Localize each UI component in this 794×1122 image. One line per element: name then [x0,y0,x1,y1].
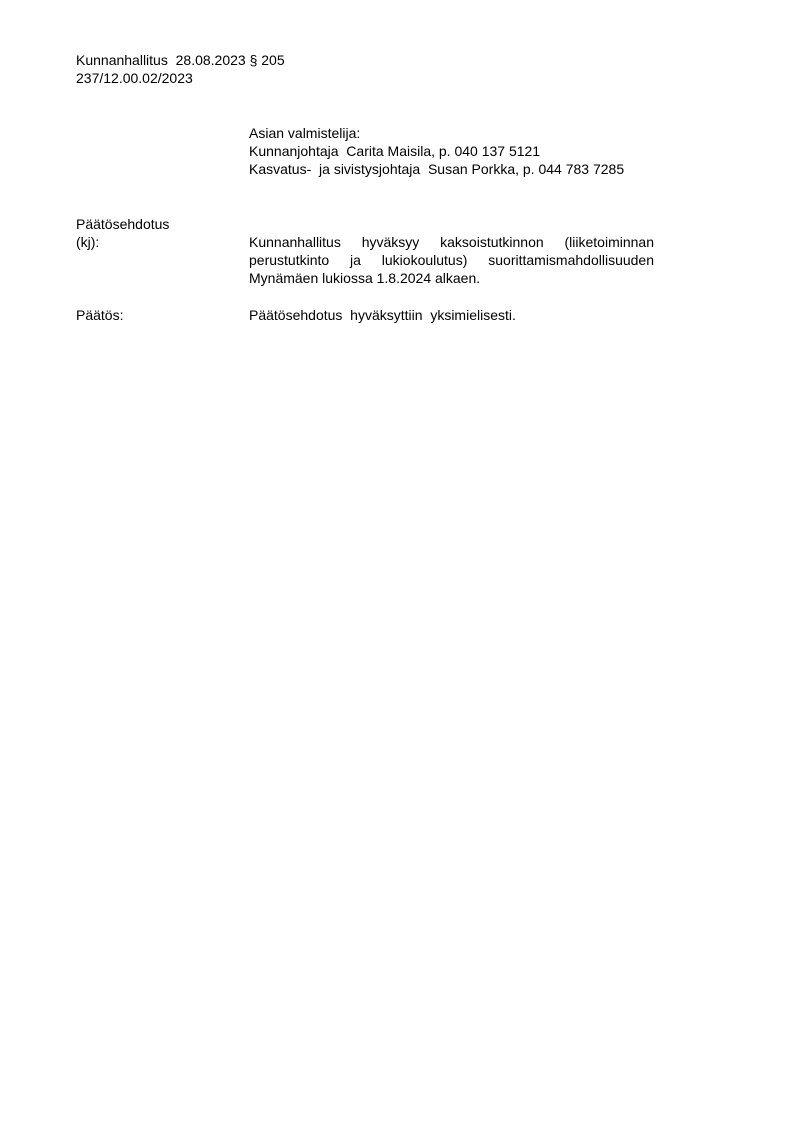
case-number: 237/12.00.02/2023 [76,69,193,87]
proposal-text-line: perustutkinto ja lukiokoulutus) suoritta… [249,251,654,269]
decision-text: Päätösehdotus hyväksyttiin yksimielisest… [249,306,516,324]
proposal-label: Päätösehdotus [76,215,169,233]
preparer-line: Kunnanjohtaja Carita Maisila, p. 040 137… [249,142,540,160]
proposal-text: Kunnanhallitus hyväksyy kaksoistutkinnon… [249,233,654,287]
preparers-heading: Asian valmistelija: [249,124,360,142]
meeting-header: Kunnanhallitus 28.08.2023 § 205 [76,51,285,69]
proposal-text-line: Mynämäen lukiossa 1.8.2024 alkaen. [249,269,654,287]
preparer-line: Kasvatus- ja sivistysjohtaja Susan Porkk… [249,160,624,178]
decision-label: Päätös: [76,306,123,324]
proposal-label-suffix: (kj): [76,233,99,251]
proposal-text-line: Kunnanhallitus hyväksyy kaksoistutkinnon… [249,233,654,251]
